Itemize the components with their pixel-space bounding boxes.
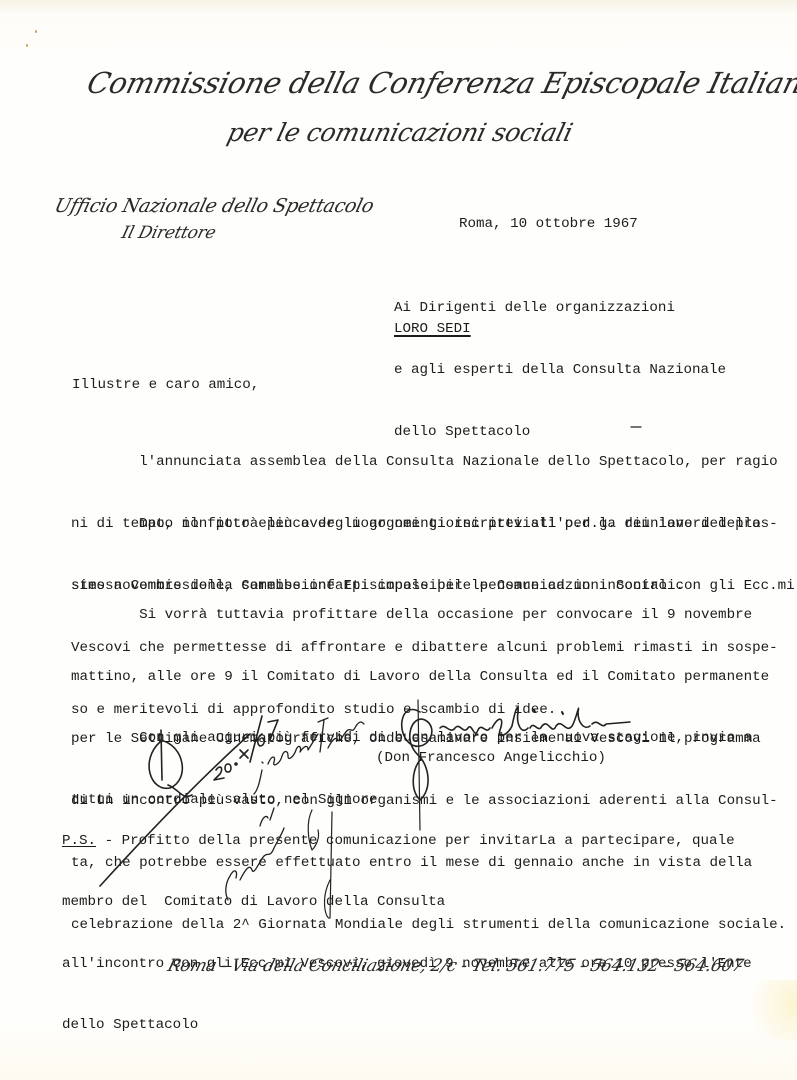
postscript-line: membro del Comitato di Lavoro della Cons… <box>62 892 752 912</box>
addressee-line: Ai Dirigenti delle organizzazioni <box>394 298 726 319</box>
office-name: Ufficio Nazionale dello Spettacolo <box>52 195 376 217</box>
letterhead-title: Commissione della Conferenza Episcopale … <box>84 66 797 100</box>
addressee-line: e agli esperti della Consulta Nazionale <box>394 360 726 381</box>
letterhead-footer: Roma - Via della Conciliazione, 2/c - Te… <box>166 956 746 976</box>
salutation: Illustre e caro amico, <box>72 375 259 396</box>
postscript-label: P.S. <box>62 833 96 849</box>
postscript-line: dello Spettacolo <box>62 1015 752 1035</box>
body-line: Si vorrà tuttavia profittare della occas… <box>71 605 786 626</box>
body-line: Con gli auguri più fervidi di buon lavor… <box>71 728 752 749</box>
postscript: P.S. - Profitto della presente comunicaz… <box>62 789 752 1077</box>
signatory-name: (Don Francesco Angelicchio) <box>376 748 606 769</box>
paper-speck <box>26 44 28 47</box>
body-line: mattino, alle ore 9 il Comitato di Lavor… <box>71 667 786 688</box>
postscript-line: - Profitto della presente comunicazione … <box>96 833 735 849</box>
body-line: l'annunciata assemblea della Consulta Na… <box>71 452 778 473</box>
letter-date: Roma, 10 ottobre 1967 <box>459 214 638 235</box>
body-line: Dato il fitto elenco degli argomenti isc… <box>71 514 795 535</box>
letterhead-subtitle: per le comunicazioni sociali <box>224 118 575 147</box>
office-role: Il Direttore <box>120 223 218 243</box>
paper-speck <box>35 30 37 33</box>
loro-sedi: LORO SEDI <box>394 319 471 340</box>
letter-page: Commissione della Conferenza Episcopale … <box>0 0 797 1080</box>
